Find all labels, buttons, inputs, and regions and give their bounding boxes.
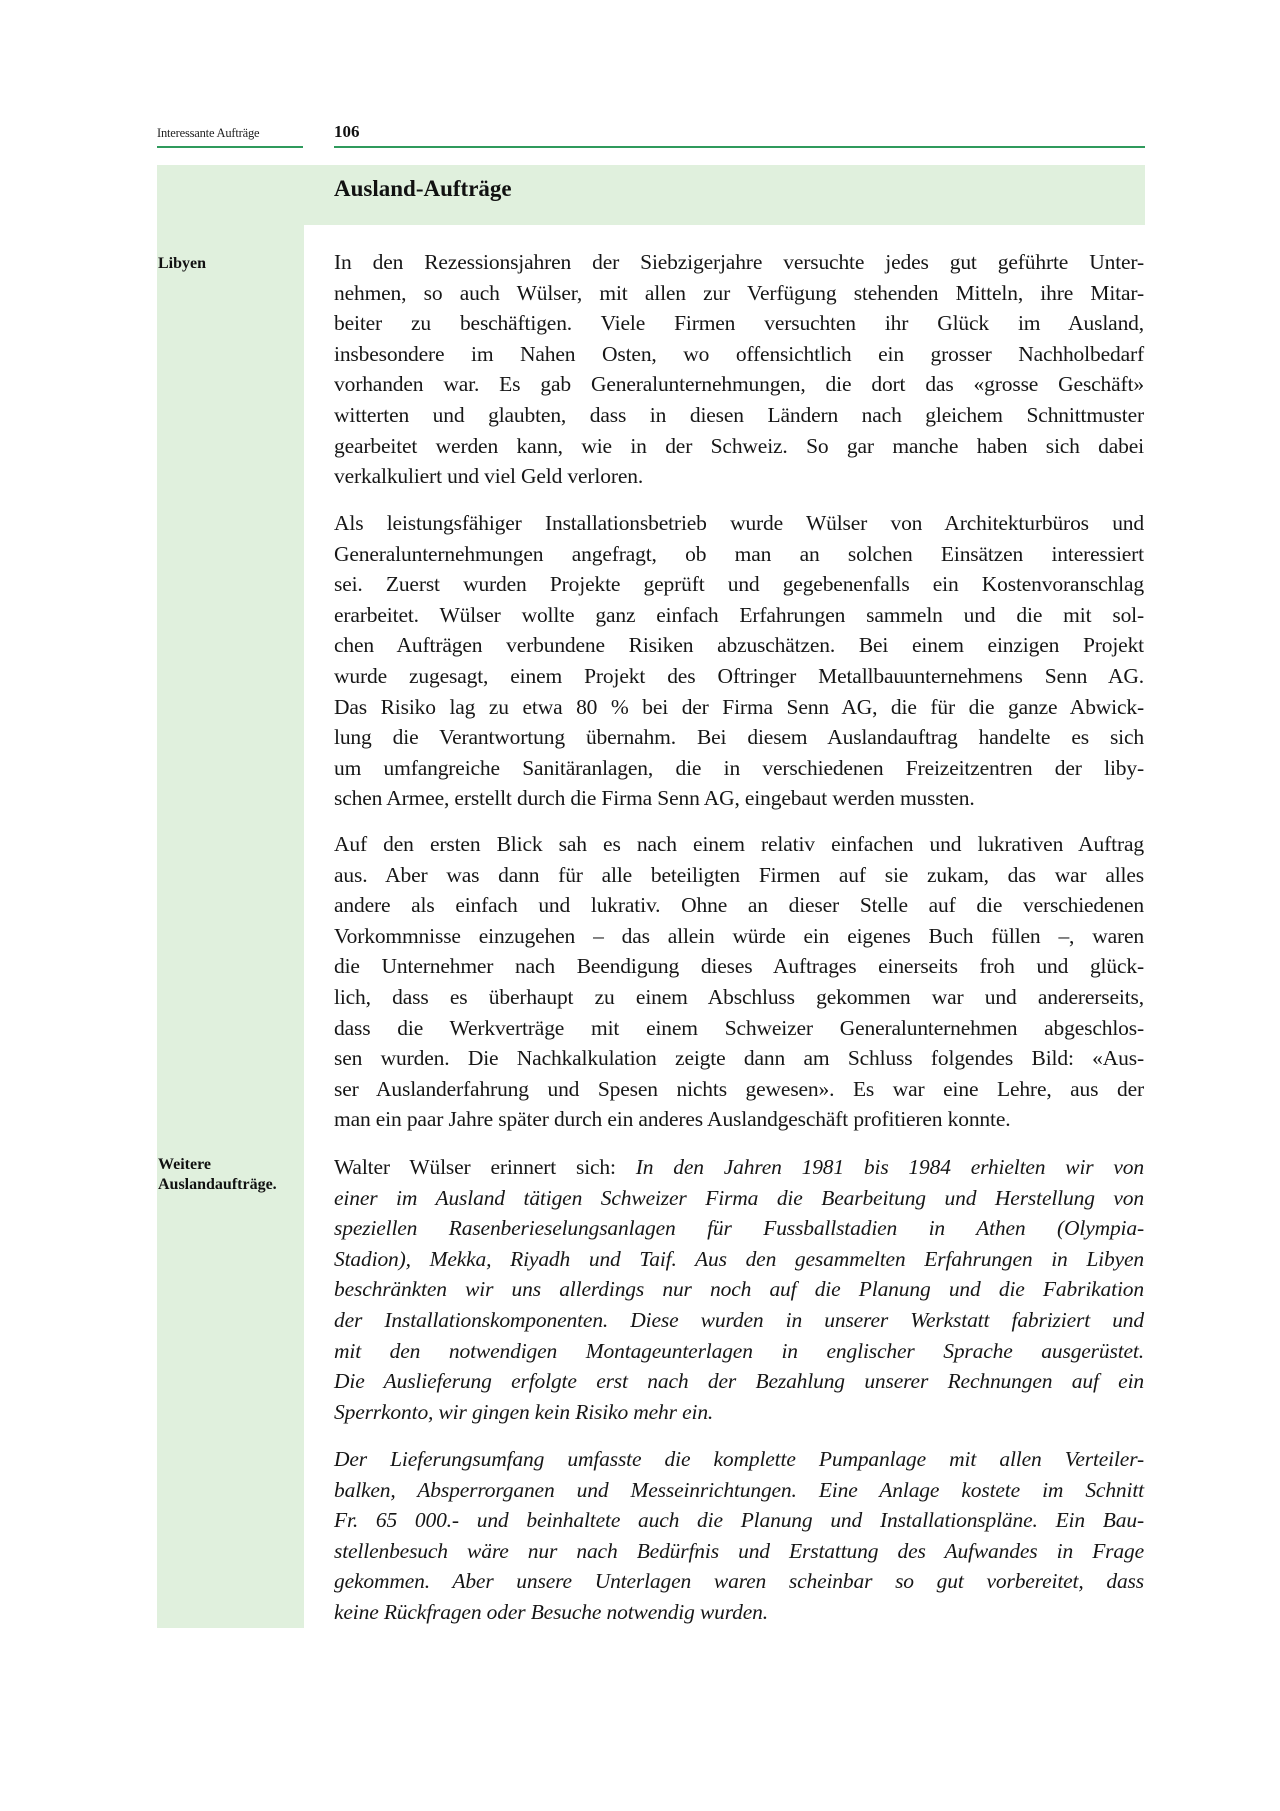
text-line: balken, Absperrorganen und Messeinrichtu… xyxy=(334,1475,1144,1506)
text-line: lung die Verantwortung übernahm. Bei die… xyxy=(334,722,1144,753)
text-line: aus. Aber was dann für alle beteiligten … xyxy=(334,860,1144,891)
text-line: Fr. 65 000.- und beinhaltete auch die Pl… xyxy=(334,1505,1144,1536)
text-line: beiter zu beschäftigen. Viele Firmen ver… xyxy=(334,308,1144,339)
text-line: In den Rezessionsjahren der Siebzigerjah… xyxy=(334,247,1144,278)
text-line: der Installationskomponenten. Diese wurd… xyxy=(334,1305,1144,1336)
page-number: 106 xyxy=(334,122,360,142)
text-line: erarbeitet. Wülser wollte ganz einfach E… xyxy=(334,600,1144,631)
text-line: Das Risiko lag zu etwa 80 % bei der Firm… xyxy=(334,692,1144,723)
header-rule-right xyxy=(334,146,1145,148)
text-line: die Unternehmer nach Beendigung dieses A… xyxy=(334,951,1144,982)
running-title: Interessante Aufträge xyxy=(157,126,303,141)
margin-label-weitere-auslandauftraege: Weitere Auslandaufträge. xyxy=(158,1155,277,1195)
margin-column-band xyxy=(157,225,304,1628)
text-line: Generalunternehmungen angefragt, ob man … xyxy=(334,539,1144,570)
text-line: gearbeitet werden kann, wie in der Schwe… xyxy=(334,431,1144,462)
header-rule-left xyxy=(157,146,303,148)
paragraph-5-quote: Der Lieferungsumfang umfasste die komple… xyxy=(334,1444,1144,1628)
text-line: lich, dass es überhaupt zu einem Abschlu… xyxy=(334,982,1144,1013)
text-line: Die Auslieferung erfolgte erst nach der … xyxy=(334,1366,1144,1397)
text-line: Vorkommnisse einzugehen – das allein wür… xyxy=(334,921,1144,952)
text-line: speziellen Rasenberieselungsanlagen für … xyxy=(334,1213,1144,1244)
quote-text: In den Jahren 1981 bis 1984 erhielten wi… xyxy=(636,1155,1144,1179)
margin-label-line-2: Auslandaufträge. xyxy=(158,1176,277,1193)
paragraph-1: In den Rezessionsjahren der Siebzigerjah… xyxy=(334,247,1144,492)
text-line: dass die Werkverträge mit einem Schweize… xyxy=(334,1013,1144,1044)
text-line: sen wurden. Die Nachkalkulation zeigte d… xyxy=(334,1043,1144,1074)
quote-intro: Walter Wülser erinnert sich: xyxy=(334,1155,636,1179)
text-line: ser Auslanderfahrung und Spesen nichts g… xyxy=(334,1074,1144,1105)
text-line: Stadion), Mekka, Riyadh und Taif. Aus de… xyxy=(334,1244,1144,1275)
margin-label-libyen: Libyen xyxy=(158,254,206,274)
text-line: beschränkten wir uns allerdings nur noch… xyxy=(334,1274,1144,1305)
text-line: einer im Ausland tätigen Schweizer Firma… xyxy=(334,1183,1144,1214)
text-line: man ein paar Jahre später durch ein ande… xyxy=(334,1104,1144,1135)
text-line: gekommen. Aber unsere Unterlagen waren s… xyxy=(334,1566,1144,1597)
text-line: Walter Wülser erinnert sich: In den Jahr… xyxy=(334,1152,1144,1183)
text-line: um umfangreiche Sanitäranlagen, die in v… xyxy=(334,753,1144,784)
section-title-band xyxy=(157,165,1145,225)
text-line: Der Lieferungsumfang umfasste die komple… xyxy=(334,1444,1144,1475)
text-line: wurde zugesagt, einem Projekt des Oftrin… xyxy=(334,661,1144,692)
text-line: nehmen, so auch Wülser, mit allen zur Ve… xyxy=(334,278,1144,309)
text-line: witterten und glaubten, dass in diesen L… xyxy=(334,400,1144,431)
text-line: Sperrkonto, wir gingen kein Risiko mehr … xyxy=(334,1397,1144,1428)
text-line: Auf den ersten Blick sah es nach einem r… xyxy=(334,829,1144,860)
text-line: verkalkuliert und viel Geld verloren. xyxy=(334,461,1144,492)
text-line: chen Aufträgen verbundene Risiken abzusc… xyxy=(334,630,1144,661)
margin-label-line-1: Weitere xyxy=(158,1156,211,1173)
text-line: stellenbesuch wäre nur nach Bedürfnis un… xyxy=(334,1536,1144,1567)
text-line: Als leistungsfähiger Installationsbetrie… xyxy=(334,508,1144,539)
text-line: insbesondere im Nahen Osten, wo offensic… xyxy=(334,339,1144,370)
text-line: vorhanden war. Es gab Generalunternehmun… xyxy=(334,369,1144,400)
paragraph-2: Als leistungsfähiger Installationsbetrie… xyxy=(334,508,1144,814)
text-line: mit den notwendigen Montageunterlagen in… xyxy=(334,1336,1144,1367)
text-line: schen Armee, erstellt durch die Firma Se… xyxy=(334,783,1144,814)
text-line: andere als einfach und lukrativ. Ohne an… xyxy=(334,890,1144,921)
section-title: Ausland-Aufträge xyxy=(334,176,512,202)
text-line: sei. Zuerst wurden Projekte geprüft und … xyxy=(334,569,1144,600)
text-line: keine Rückfragen oder Besuche notwendig … xyxy=(334,1597,1144,1628)
paragraph-4-quote: Walter Wülser erinnert sich: In den Jahr… xyxy=(334,1152,1144,1427)
paragraph-3: Auf den ersten Blick sah es nach einem r… xyxy=(334,829,1144,1135)
